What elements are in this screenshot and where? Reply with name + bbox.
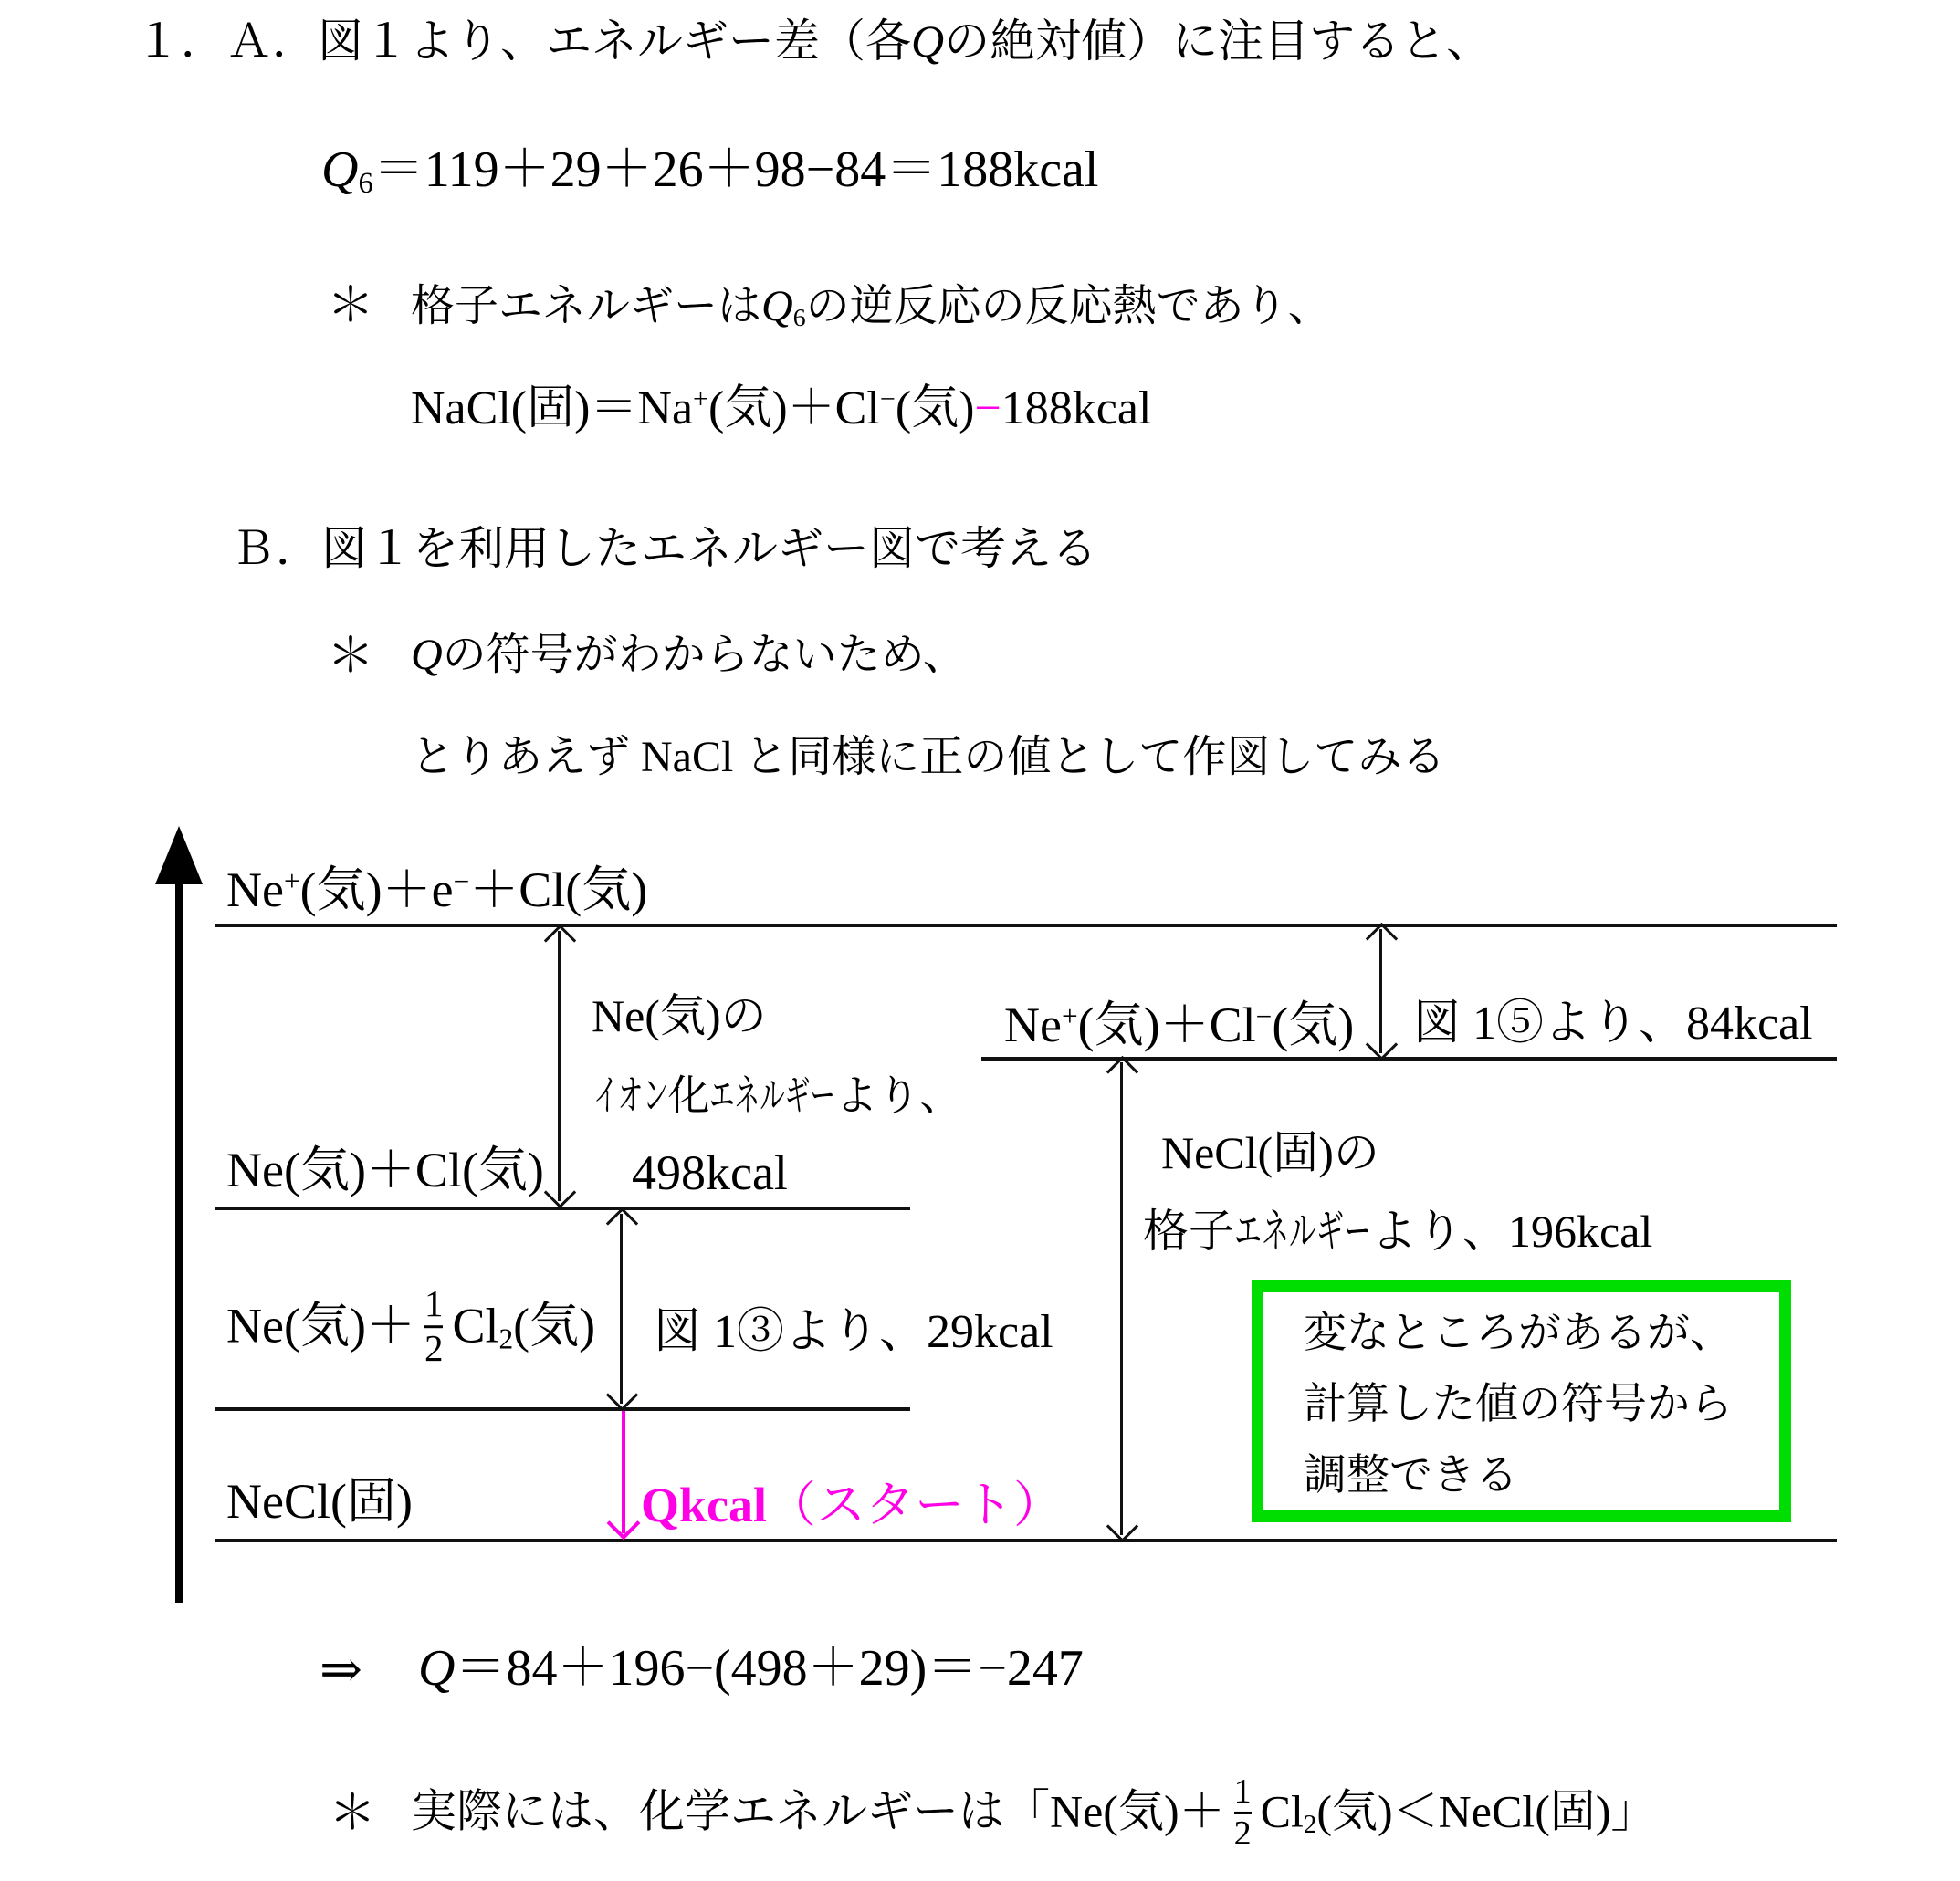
- asterisk-1: ＊: [327, 283, 374, 330]
- level-line-right: [981, 1057, 1837, 1061]
- note-q-sign: Qの符号がわからないため、: [411, 633, 967, 677]
- equation-q6: Q6＝119＋29＋26＋98−84＝188kcal: [321, 144, 1098, 195]
- note-box-line-3: 調整できる: [1304, 1455, 1518, 1498]
- implies-arrow: ⇒: [320, 1645, 362, 1696]
- problem-heading: １．Ａ．図１より、エネルギー差（各Qの絶対値）に注目すると、: [135, 18, 1492, 64]
- label-ionization-3: 498kcal: [632, 1148, 788, 1197]
- arrow-fig13-up-icon: [606, 1207, 638, 1239]
- equation-nacl: NaCl(固)＝Na+(気)＋Cl−(気)−188kcal: [411, 385, 1151, 433]
- label-fig13: 図 1③より、29kcal: [654, 1309, 1053, 1356]
- note-assume-positive: とりあえず NaCl と同様に正の値として作図してみる: [411, 736, 1445, 779]
- note-lattice-reverse: 格子エネルギーはQ6の逆反応の反応熱であり、: [411, 285, 1332, 329]
- asterisk-2: ＊: [327, 633, 374, 681]
- level-label-right: Ne+(気)＋Cl−(気): [1004, 1000, 1354, 1050]
- label-lattice-1: NeCl(固)の: [1161, 1130, 1379, 1176]
- arrow-ionization-down-icon: [544, 1176, 576, 1208]
- level-label-bottom: NeCl(固): [226, 1477, 413, 1526]
- energy-axis-arrow: [175, 878, 183, 1603]
- note-box-line-2: 計算した値の符号から: [1304, 1384, 1733, 1426]
- label-q-start: Qkcal（スタート）: [641, 1480, 1063, 1530]
- level-line-2: [215, 1207, 910, 1210]
- asterisk-3: ＊: [329, 1791, 376, 1838]
- equation-q-result: Q＝84＋196−(498＋29)＝−247: [418, 1643, 1084, 1694]
- note-box-line-1: 変なところがあるが、: [1304, 1312, 1733, 1355]
- energy-axis-arrowhead: [155, 826, 203, 884]
- level-line-3: [215, 1407, 910, 1411]
- arrow-ionization: [558, 931, 561, 1201]
- label-lattice-2: 格子エネルギーより、196kcal: [1143, 1208, 1652, 1254]
- arrow-lattice-down-icon: [1106, 1510, 1138, 1542]
- label-ionization-2: イオン化エネルギーより、: [593, 1075, 961, 1117]
- arrow-ionization-up-icon: [544, 925, 576, 956]
- level-label-top: Ne+(気)＋e−＋Cl(気): [226, 865, 647, 914]
- label-fig15: 図 1⑤より、84kcal: [1413, 1000, 1813, 1048]
- level-line-bottom: [215, 1539, 1837, 1542]
- arrow-fig13: [620, 1214, 623, 1404]
- arrow-fig13-down-icon: [606, 1379, 638, 1411]
- arrow-fig15-up-icon: [1366, 923, 1398, 955]
- level-label-3: Ne(気)＋12Cl2(気): [226, 1288, 595, 1374]
- section-b-heading: Ｂ．図１を利用したエネルギー図で考える: [230, 526, 1097, 571]
- note-actual-energy: 実際には、化学エネルギーは「Ne(気)＋12Cl2(気)＜NeCl(固)」: [411, 1776, 1657, 1856]
- document-page: １．Ａ．図１より、エネルギー差（各Qの絶対値）に注目すると、 Q6＝119＋29…: [0, 0, 1960, 1881]
- level-line-top: [215, 924, 1837, 927]
- arrow-lattice-up-icon: [1106, 1056, 1138, 1088]
- level-label-2: Ne(気)＋Cl(気): [226, 1145, 544, 1195]
- arrow-q-start-down-icon: [607, 1507, 641, 1541]
- arrow-fig15-down-icon: [1366, 1029, 1398, 1061]
- label-ionization-1: Ne(気)の: [592, 993, 767, 1039]
- arrow-lattice: [1120, 1062, 1123, 1535]
